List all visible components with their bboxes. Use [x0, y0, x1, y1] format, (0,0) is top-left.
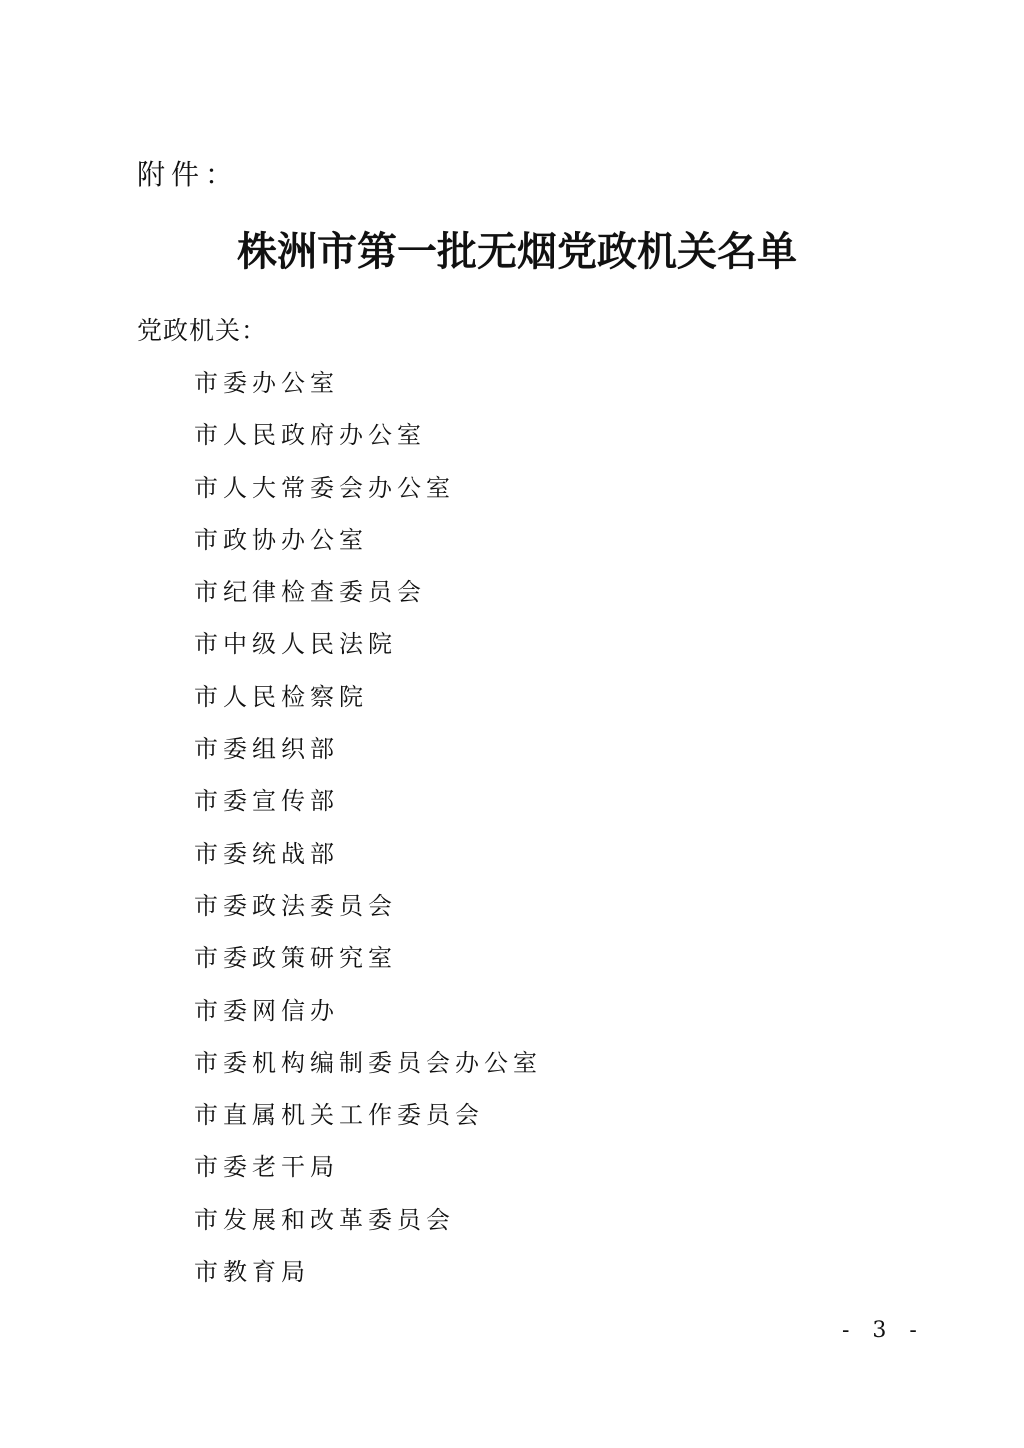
list-item: 市发展和改革委员会 — [194, 1201, 542, 1253]
list-item: 市人民政府办公室 — [194, 416, 542, 468]
list-item: 市纪律检查委员会 — [194, 573, 542, 625]
list-item: 市委政策研究室 — [194, 939, 542, 991]
list-item: 市委网信办 — [194, 992, 542, 1044]
page-number: - 3 - — [842, 1316, 925, 1346]
list-item: 市人民检察院 — [194, 678, 542, 730]
list-item: 市教育局 — [194, 1253, 542, 1305]
organization-list: 市委办公室 市人民政府办公室 市人大常委会办公室 市政协办公室 市纪律检查委员会… — [194, 364, 542, 1305]
list-item: 市政协办公室 — [194, 521, 542, 573]
list-item: 市委统战部 — [194, 835, 542, 887]
document-title: 株洲市第一批无烟党政机关名单 — [0, 226, 1024, 278]
attachment-label: 附件： — [137, 155, 239, 195]
list-item: 市委办公室 — [194, 364, 542, 416]
list-item: 市人大常委会办公室 — [194, 469, 542, 521]
section-heading: 党政机关： — [137, 312, 267, 350]
list-item: 市委老干局 — [194, 1148, 542, 1200]
list-item: 市委政法委员会 — [194, 887, 542, 939]
list-item: 市委机构编制委员会办公室 — [194, 1044, 542, 1096]
list-item: 市直属机关工作委员会 — [194, 1096, 542, 1148]
list-item: 市委组织部 — [194, 730, 542, 782]
list-item: 市中级人民法院 — [194, 625, 542, 677]
list-item: 市委宣传部 — [194, 782, 542, 834]
